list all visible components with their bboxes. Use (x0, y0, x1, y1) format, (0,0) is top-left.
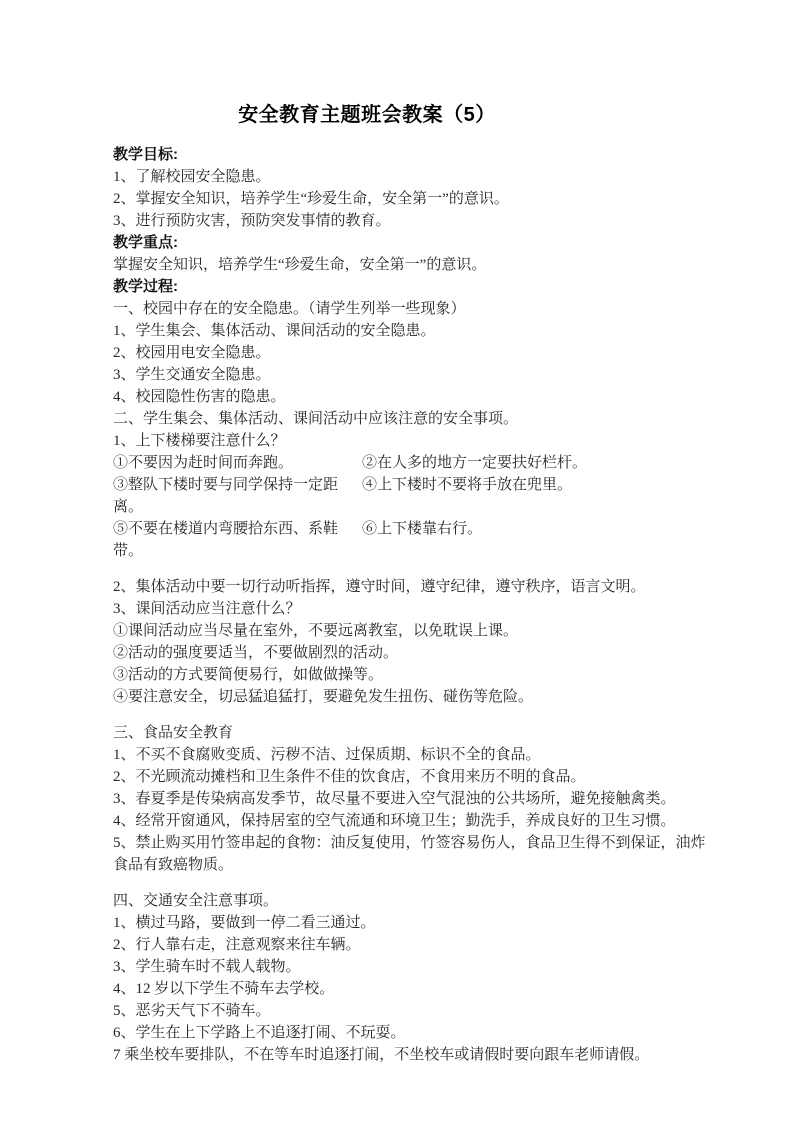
doc-line: 4、12 岁以下学生不骑车去学校。 (113, 978, 711, 1000)
doc-line: 一、校园中存在的安全隐患。（请学生列举一些现象） (113, 298, 711, 320)
doc-line-left: ⑤不要在楼道内弯腰拾东西、系鞋带。 (113, 518, 362, 562)
doc-title: 安全教育主题班会教案（5） (113, 102, 621, 128)
blank-line (113, 562, 711, 576)
doc-line: 5、恶劣天气下不骑车。 (113, 1000, 711, 1022)
doc-line: ③活动的方式要简便易行，如做做操等。 (113, 664, 711, 686)
doc-heading: 教学目标: (113, 144, 711, 166)
doc-line: 1、不买不食腐败变质、污秽不洁、过保质期、标识不全的食品。 (113, 744, 711, 766)
doc-line: 1、横过马路，要做到一停二看三通过。 (113, 912, 711, 934)
blank-line (113, 708, 711, 722)
doc-line: 3、进行预防灾害，预防突发事情的教育。 (113, 210, 711, 232)
doc-line-right: ⑥上下楼靠右行。 (362, 518, 711, 562)
doc-line: 1、上下楼梯要注意什么？ (113, 430, 711, 452)
doc-line: 7 乘坐校车要排队，不在等车时追逐打闹，不坐校车或请假时要向跟车老师请假。 (113, 1044, 711, 1066)
doc-line: 三、食品安全教育 (113, 722, 711, 744)
doc-heading: 教学过程: (113, 276, 711, 298)
doc-line-right: ②在人多的地方一定要扶好栏杆。 (362, 452, 711, 474)
doc-line: 1、了解校园安全隐患。 (113, 166, 711, 188)
doc-line: 3、春夏季是传染病高发季节，故尽量不要进入空气混浊的公共场所，避免接触禽类。 (113, 788, 711, 810)
doc-two-column-row: ①不要因为赶时间而奔跑。②在人多的地方一定要扶好栏杆。 (113, 452, 711, 474)
document-body: 教学目标:1、了解校园安全隐患。2、掌握安全知识，培养学生“珍爱生命，安全第一”… (113, 144, 711, 1066)
doc-line: 2、校园用电安全隐患。 (113, 342, 711, 364)
blank-line (113, 876, 711, 890)
doc-line-right: ④上下楼时不要将手放在兜里。 (362, 474, 711, 518)
doc-two-column-row: ⑤不要在楼道内弯腰拾东西、系鞋带。⑥上下楼靠右行。 (113, 518, 711, 562)
doc-two-column-row: ③整队下楼时要与同学保持一定距离。④上下楼时不要将手放在兜里。 (113, 474, 711, 518)
doc-line: 3、课间活动应当注意什么？ (113, 598, 711, 620)
doc-line: 1、学生集会、集体活动、课间活动的安全隐患。 (113, 320, 711, 342)
doc-line: ②活动的强度要适当，不要做剧烈的活动。 (113, 642, 711, 664)
doc-line: 2、不光顾流动摊档和卫生条件不佳的饮食店，不食用来历不明的食品。 (113, 766, 711, 788)
doc-line-left: ①不要因为赶时间而奔跑。 (113, 452, 362, 474)
doc-line-left: ③整队下楼时要与同学保持一定距离。 (113, 474, 362, 518)
doc-line: 4、经常开窗通风，保持居室的空气流通和环境卫生；勤洗手，养成良好的卫生习惯。 (113, 810, 711, 832)
doc-line: 2、行人靠右走，注意观察来往车辆。 (113, 934, 711, 956)
doc-line: 5、禁止购买用竹签串起的食物：油反复使用，竹签容易伤人，食品卫生得不到保证，油炸… (113, 832, 711, 876)
doc-line: 4、校园隐性伤害的隐患。 (113, 386, 711, 408)
doc-line: ④要注意安全，切忌猛追猛打，要避免发生扭伤、碰伤等危险。 (113, 686, 711, 708)
doc-line: 3、学生交通安全隐患。 (113, 364, 711, 386)
doc-line: ①课间活动应当尽量在室外，不要远离教室，以免耽误上课。 (113, 620, 711, 642)
doc-line: 2、集体活动中要一切行动听指挥，遵守时间，遵守纪律，遵守秩序，语言文明。 (113, 576, 711, 598)
doc-line: 二、学生集会、集体活动、课间活动中应该注意的安全事项。 (113, 408, 711, 430)
doc-line: 2、掌握安全知识，培养学生“珍爱生命，安全第一”的意识。 (113, 188, 711, 210)
doc-line: 掌握安全知识，培养学生“珍爱生命，安全第一”的意识。 (113, 254, 711, 276)
document-page: 安全教育主题班会教案（5） 教学目标:1、了解校园安全隐患。2、掌握安全知识，培… (113, 102, 711, 1066)
doc-heading: 教学重点: (113, 232, 711, 254)
doc-line: 四、交通安全注意事项。 (113, 890, 711, 912)
doc-line: 6、学生在上下学路上不追逐打闹、不玩耍。 (113, 1022, 711, 1044)
doc-line: 3、学生骑车时不载人载物。 (113, 956, 711, 978)
